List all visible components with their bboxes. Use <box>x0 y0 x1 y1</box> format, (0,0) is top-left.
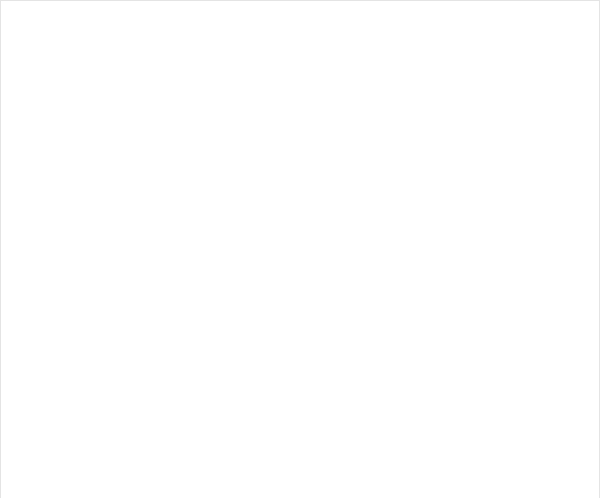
vehicle-spec-table <box>0 0 600 498</box>
